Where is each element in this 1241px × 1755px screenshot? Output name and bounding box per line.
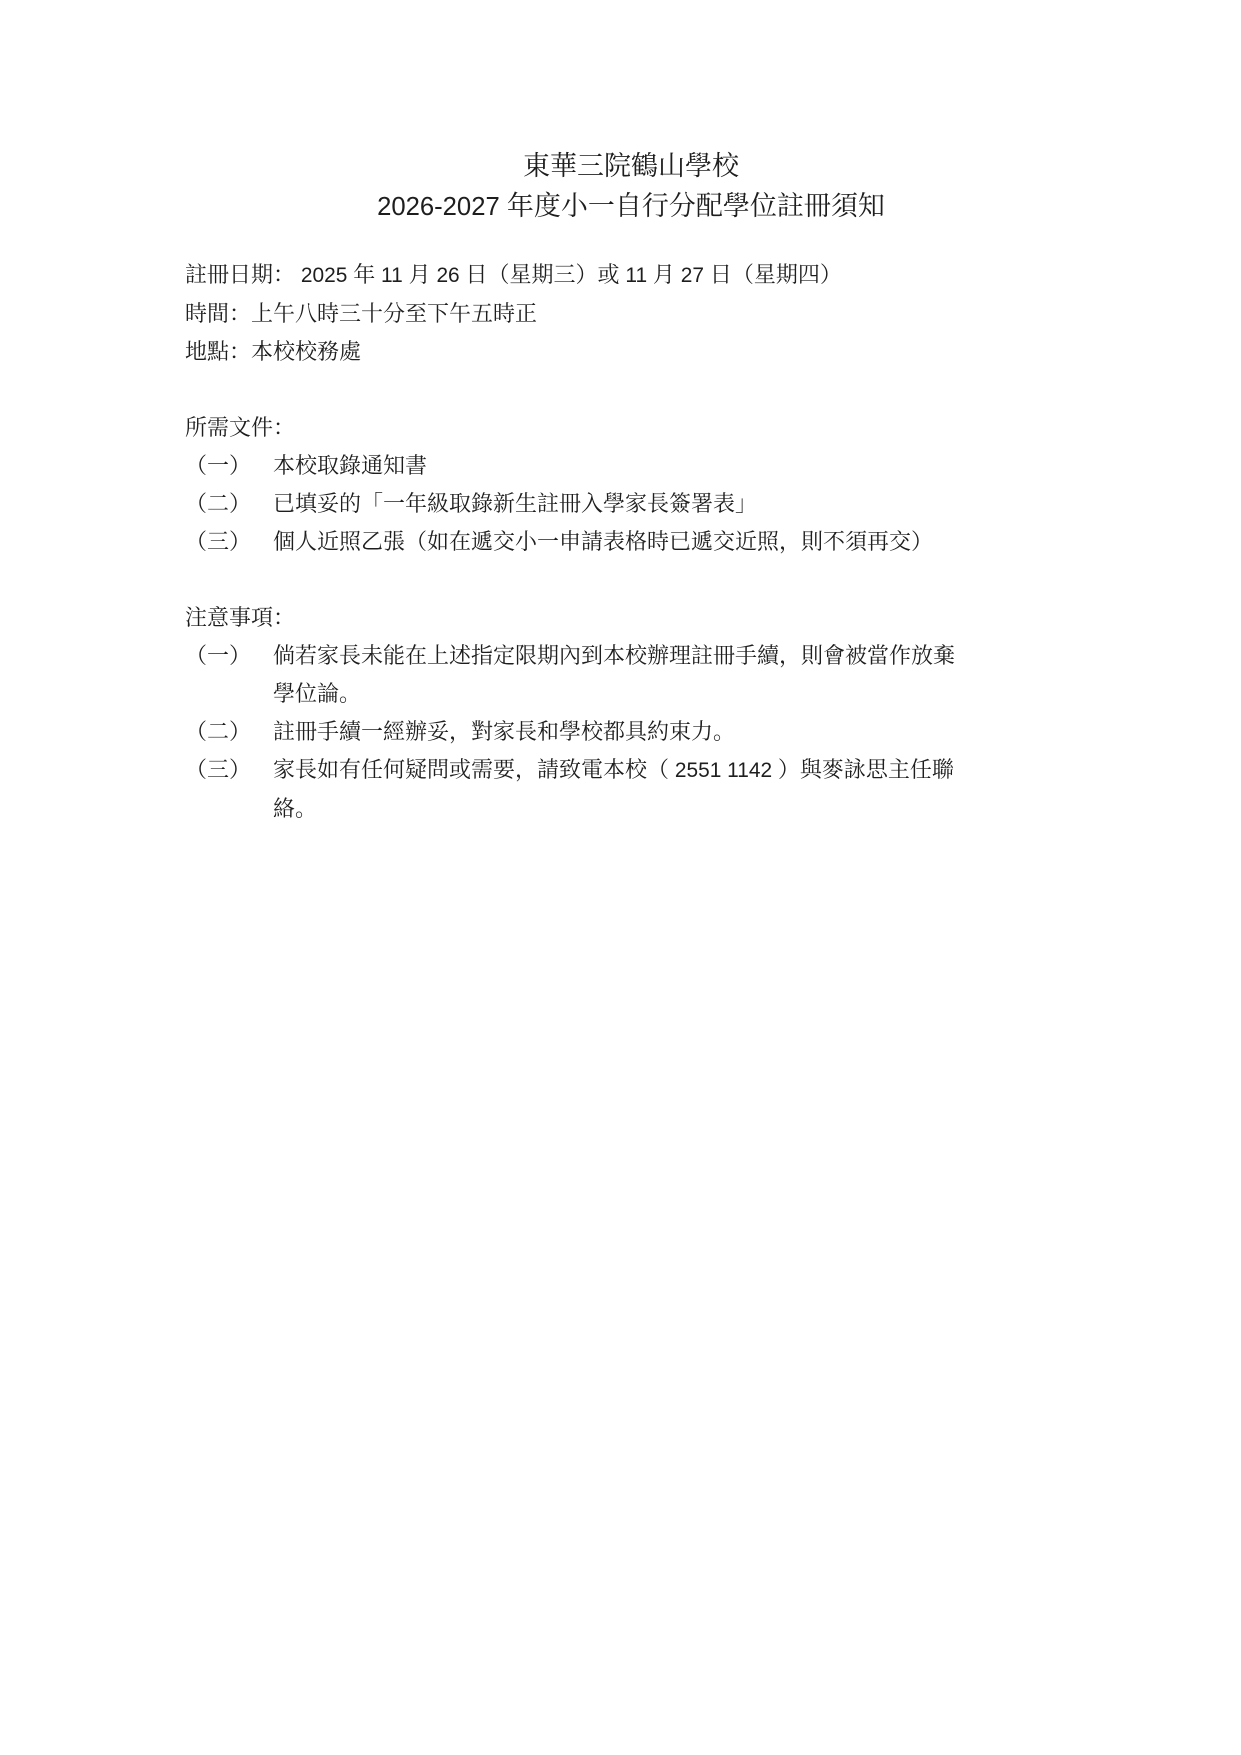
date-year: 2025	[301, 264, 347, 287]
phone-number: 2551 1142	[675, 759, 772, 782]
note-3-text-pre: 家長如有任何疑問或需要，請致電本校（	[273, 757, 669, 782]
document-item-3: （三） 個人近照乙張（如在遞交小一申請表格時已遞交近照，則不須再交）	[185, 523, 1077, 561]
item-text: 個人近照乙張（如在遞交小一申請表格時已遞交近照，則不須再交）	[273, 523, 1077, 561]
note-1-line-2: 學位論。	[273, 675, 1077, 713]
time-line: 時間：上午八時三十分至下午五時正	[185, 295, 1077, 333]
date-month1: 11	[381, 264, 403, 287]
note-3-text-post: ）與麥詠思主任聯	[778, 757, 954, 782]
note-item-1: （一） 倘若家長未能在上述指定限期內到本校辦理註冊手續，則會被當作放棄 學位論。	[185, 637, 1077, 713]
notice-subtitle-text: 年度小一自行分配學位註冊須知	[507, 191, 885, 221]
item-number: （二）	[185, 485, 273, 523]
date-month2: 11	[625, 264, 647, 287]
date-day2: 27	[681, 264, 704, 287]
item-text: 家長如有任何疑問或需要，請致電本校（2551 1142）與麥詠思主任聯 絡。	[273, 751, 1077, 828]
document-item-2: （二） 已填妥的「一年級取錄新生註冊入學家長簽署表」	[185, 485, 1077, 523]
notes-heading: 注意事項：	[185, 599, 1077, 637]
notice-subtitle: 2026-2027年度小一自行分配學位註冊須知	[185, 186, 1077, 227]
location-line: 地點：本校校務處	[185, 333, 1077, 371]
documents-heading: 所需文件：	[185, 409, 1077, 447]
note-3-line-2: 絡。	[273, 790, 1077, 828]
note-3-line-1: 家長如有任何疑問或需要，請致電本校（2551 1142）與麥詠思主任聯	[273, 751, 1077, 790]
document-item-1: （一） 本校取錄通知書	[185, 447, 1077, 485]
note-item-3: （三） 家長如有任何疑問或需要，請致電本校（2551 1142）與麥詠思主任聯 …	[185, 751, 1077, 828]
item-text: 註冊手續一經辦妥，對家長和學校都具約束力。	[273, 713, 1077, 751]
notice-content: 東華三院鶴山學校 2026-2027年度小一自行分配學位註冊須知 註冊日期：20…	[185, 146, 1077, 828]
item-text: 本校取錄通知書	[273, 447, 1077, 485]
item-number: （二）	[185, 713, 273, 751]
date-year-unit: 年	[353, 262, 375, 287]
date-day1-suffix: 日（星期三）或	[466, 262, 620, 287]
item-number: （一）	[185, 637, 273, 675]
item-text: 已填妥的「一年級取錄新生註冊入學家長簽署表」	[273, 485, 1077, 523]
registration-date-line: 註冊日期：2025年11月26日（星期三）或11月27日（星期四）	[185, 256, 1077, 295]
note-1-line-1: 倘若家長未能在上述指定限期內到本校辦理註冊手續，則會被當作放棄	[273, 637, 1077, 675]
date-day2-suffix: 日（星期四）	[710, 262, 842, 287]
item-number: （三）	[185, 523, 273, 561]
item-number: （三）	[185, 751, 273, 789]
school-name: 東華三院鶴山學校	[523, 151, 739, 181]
page-container: 東華三院鶴山學校 2026-2027年度小一自行分配學位註冊須知 註冊日期：20…	[0, 0, 1241, 1755]
info-block: 註冊日期：2025年11月26日（星期三）或11月27日（星期四） 時間：上午八…	[185, 256, 1077, 371]
required-documents-section: 所需文件： （一） 本校取錄通知書 （二） 已填妥的「一年級取錄新生註冊入學家長…	[185, 409, 1077, 561]
date-day1: 26	[436, 264, 459, 287]
school-year-range: 2026-2027	[377, 193, 500, 221]
notice-title-block: 東華三院鶴山學校 2026-2027年度小一自行分配學位註冊須知	[185, 146, 1077, 227]
notes-section: 注意事項： （一） 倘若家長未能在上述指定限期內到本校辦理註冊手續，則會被當作放…	[185, 599, 1077, 828]
date-month1-unit: 月	[409, 262, 431, 287]
notice-title: 東華三院鶴山學校	[185, 146, 1077, 186]
date-month2-unit: 月	[653, 262, 675, 287]
item-number: （一）	[185, 447, 273, 485]
date-label: 註冊日期：	[185, 262, 295, 287]
note-item-2: （二） 註冊手續一經辦妥，對家長和學校都具約束力。	[185, 713, 1077, 751]
item-text: 倘若家長未能在上述指定限期內到本校辦理註冊手續，則會被當作放棄 學位論。	[273, 637, 1077, 713]
